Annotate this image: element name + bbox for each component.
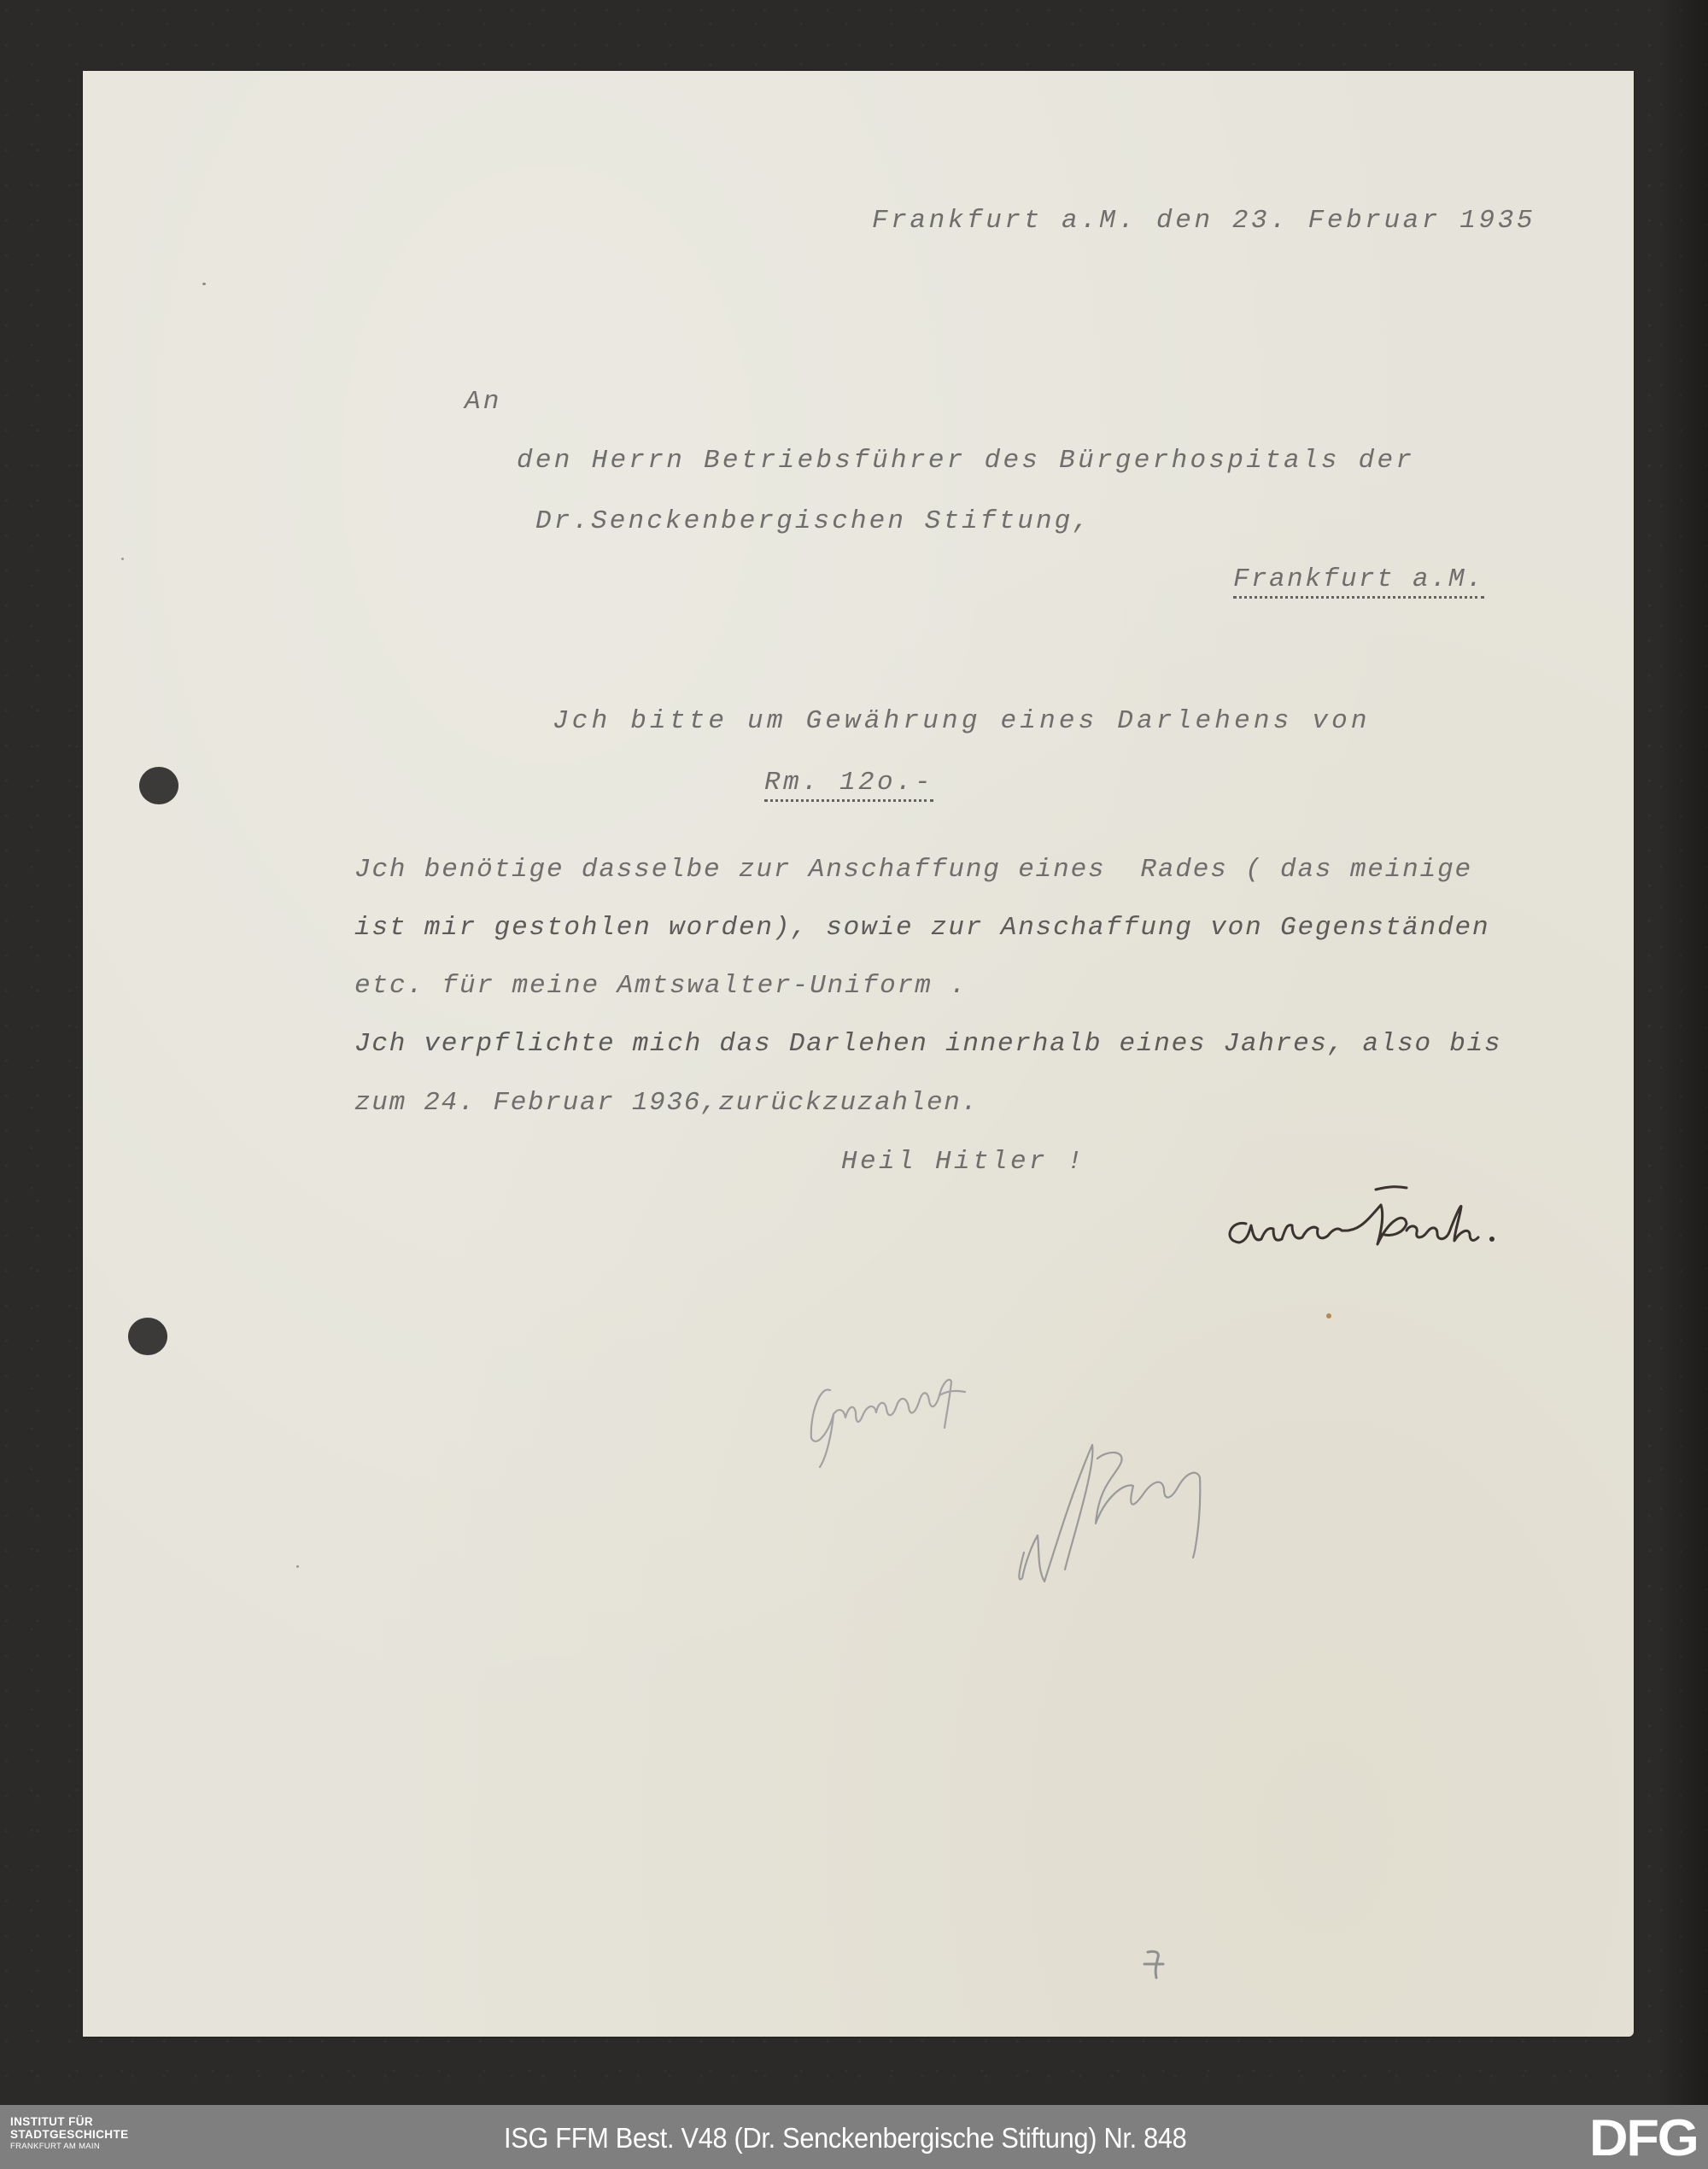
closing: Heil Hitler ! — [841, 1149, 1085, 1175]
pencil-approval-note — [803, 1356, 1008, 1476]
loan-amount: Rm. 12o.- — [764, 769, 933, 802]
body-line-4: Jch verpflichte mich das Darlehen innerh… — [354, 1031, 1501, 1057]
recipient-city: Frankfurt a.M. — [1233, 566, 1484, 599]
archive-footer: INSTITUT FÜR STADTGESCHICHTE FRANKFURT A… — [0, 2105, 1708, 2169]
body-line-2: ist mir gestohlen worden), sowie zur Ans… — [354, 915, 1489, 941]
paper-speck — [202, 283, 206, 285]
punch-hole-upper — [139, 767, 178, 804]
recipient-line-2: Dr.Senckenbergischen Stiftung, — [535, 508, 1091, 535]
pencil-initials — [1014, 1424, 1321, 1587]
isg-logo: INSTITUT FÜR STADTGESCHICHTE FRANKFURT A… — [10, 2116, 129, 2151]
body-line-1: Jch benötige dasselbe zur Anschaffung ei… — [354, 856, 1472, 883]
signature — [1214, 1181, 1504, 1266]
request-line: Jch bitte um Gewährung eines Darlehens v… — [553, 708, 1371, 734]
paper-speck — [121, 558, 124, 560]
archive-reference: ISG FFM Best. V48 (Dr. Senckenbergische … — [504, 2122, 1186, 2154]
dfg-logo: DFG — [1589, 2116, 1698, 2160]
date-line: Frankfurt a.M. den 23. Februar 1935 — [872, 208, 1535, 234]
isg-logo-line-3: FRANKFURT AM MAIN — [10, 2143, 129, 2151]
paper-speck — [1326, 1313, 1331, 1318]
page-number — [1138, 1945, 1172, 1988]
letter-page: Frankfurt a.M. den 23. Februar 1935 An d… — [83, 71, 1634, 2037]
isg-logo-line-1: INSTITUT FÜR — [10, 2116, 129, 2128]
backdrop-shade — [1657, 0, 1708, 2105]
punch-hole-lower — [128, 1318, 167, 1355]
body-line-3: etc. für meine Amtswalter-Uniform . — [354, 973, 968, 999]
paper-speck — [296, 1565, 299, 1568]
isg-logo-line-2: STADTGESCHICHTE — [10, 2129, 129, 2141]
body-line-5: zum 24. Februar 1936,zurückzuzahlen. — [354, 1090, 979, 1116]
recipient-line-1: den Herrn Betriebsführer des Bürgerhospi… — [517, 447, 1414, 474]
salutation-to: An — [465, 389, 502, 415]
